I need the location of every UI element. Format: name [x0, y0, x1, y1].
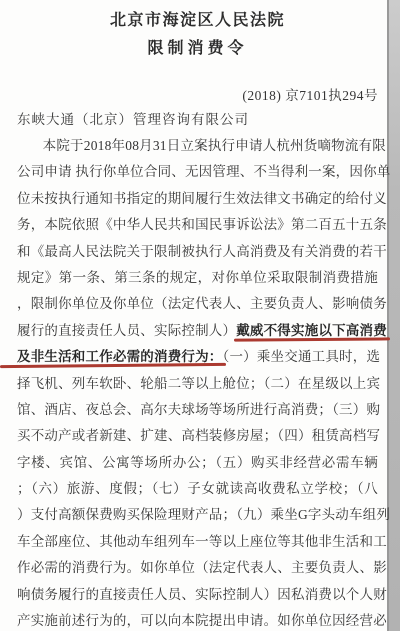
- addressee-company: 东峡大通（北京）管理咨询有限公司: [17, 110, 378, 130]
- body-line: 买不动产或者新建、扩建、高档装修房屋；（四）租赁高档写: [17, 423, 378, 449]
- body-line: 规定》第一条、第三条的规定，对你单位采取限制消费措施: [17, 265, 378, 291]
- body-text: 产实施前述行为的，可以向本院提出申请。如你单位因经营必: [17, 613, 387, 628]
- body-text: 馆、酒店、夜总会、高尔夫球场等场所进行高消费；（三）购: [17, 402, 380, 417]
- body-text: 作必需的消费行为。如你单位（法定代表人、主要负责人、影: [17, 560, 387, 575]
- court-name: 北京市海淀区人民法院: [17, 0, 378, 31]
- body-line: 务，本院依照《中华人民共和国民事诉讼法》第二百五十五条: [17, 212, 378, 238]
- body-line: 择飞机、列车软卧、轮船二等以上舱位；（二）在星级以上宾: [17, 371, 378, 397]
- body-text: 位未按执行通知书指定的期间履行生效法律文书确定的给付义: [17, 191, 387, 206]
- red-underlined-text: 及非生活和工作必需的消费行为：: [17, 349, 223, 364]
- body-text: 响债务履行的直接责任人员、实际控制人）因私消费以个人财: [17, 587, 387, 602]
- body-line: ）支付高额保费购买保险理财产品；（九）乘坐G字头动车组列: [17, 502, 378, 528]
- body-text: 字楼、宾馆、公寓等场所办公；（五）购买非经营必需车辆: [17, 455, 378, 470]
- body-line: 车全部座位、其他动车组列车一等以上座位等其他非生活和工: [17, 529, 378, 555]
- body-line: 和《最高人民法院关于限制被执行人高消费及有关消费的若干: [17, 239, 378, 265]
- body-text: ；（六）旅游、度假；（七）子女就读高收费私立学校；（八: [17, 481, 378, 496]
- scan-edge-strip: [387, 0, 400, 631]
- body-text: 择飞机、列车软卧、轮船二等以上舱位；（二）在星级以上宾: [17, 376, 380, 391]
- case-number: (2018) 京7101执294号: [17, 86, 378, 106]
- body-text: ）支付高额保费购买保险理财产品；（九）乘坐G字头动车组列: [17, 507, 390, 522]
- body-text: 履行的直接责任人员、实际控制人）: [17, 323, 236, 338]
- body-line: 履行的直接责任人员、实际控制人）戴威不得实施以下高消费: [17, 318, 378, 344]
- body-text: 买不动产或者新建、扩建、高档装修房屋；（四）租赁高档写: [17, 428, 380, 443]
- body-line: ；（六）旅游、度假；（七）子女就读高收费私立学校；（八: [17, 476, 378, 502]
- body-line: 作必需的消费行为。如你单位（法定代表人、主要负责人、影: [17, 555, 378, 581]
- body-text: ，限制你单位及你单位（法定代表人、主要负责人、影响债务: [17, 296, 387, 311]
- scanned-document-page: 北京市海淀区人民法院 限制消费令 (2018) 京7101执294号 东峡大通（…: [0, 0, 400, 631]
- body-line: ，限制你单位及你单位（法定代表人、主要负责人、影响债务: [17, 291, 378, 317]
- body-line: 字楼、宾馆、公寓等场所办公；（五）购买非经营必需车辆: [17, 450, 378, 476]
- body-text: 公司申请 执行你单位合同、无因管理、不当得利一案，因你单: [17, 164, 390, 179]
- body-line: 产实施前述行为的，可以向本院提出申请。如你单位因经营必: [17, 608, 378, 631]
- body-text: 车全部座位、其他动车组列车一等以上座位等其他非生活和工: [17, 534, 387, 549]
- body-text: （一）乘坐交通工具时，选: [223, 349, 381, 364]
- body-line: 本院于2018年08月31日立案执行申请人杭州货嘀物流有限: [17, 133, 378, 159]
- body-line: 响债务履行的直接责任人员、实际控制人）因私消费以个人财: [17, 582, 378, 608]
- red-underlined-text: 戴威不得实施以下高消费: [236, 323, 387, 338]
- body-text: 规定》第一条、第三条的规定，对你单位采取限制消费措施: [17, 270, 378, 285]
- body-text: 本院于2018年08月31日立案执行申请人杭州货嘀物流有限: [43, 138, 386, 153]
- document-body: 本院于2018年08月31日立案执行申请人杭州货嘀物流有限公司申请 执行你单位合…: [17, 133, 378, 631]
- order-title: 限制消费令: [17, 31, 378, 59]
- body-text: 和《最高人民法院关于限制被执行人高消费及有关消费的若干: [17, 244, 387, 259]
- body-text: 务，本院依照《中华人民共和国民事诉讼法》第二百五十五条: [17, 217, 387, 232]
- body-line: 及非生活和工作必需的消费行为：（一）乘坐交通工具时，选: [17, 344, 378, 370]
- body-line: 位未按执行通知书指定的期间履行生效法律文书确定的给付义: [17, 186, 378, 212]
- document-content: 北京市海淀区人民法院 限制消费令 (2018) 京7101执294号 东峡大通（…: [17, 0, 378, 631]
- body-line: 公司申请 执行你单位合同、无因管理、不当得利一案，因你单: [17, 159, 378, 185]
- body-line: 馆、酒店、夜总会、高尔夫球场等场所进行高消费；（三）购: [17, 397, 378, 423]
